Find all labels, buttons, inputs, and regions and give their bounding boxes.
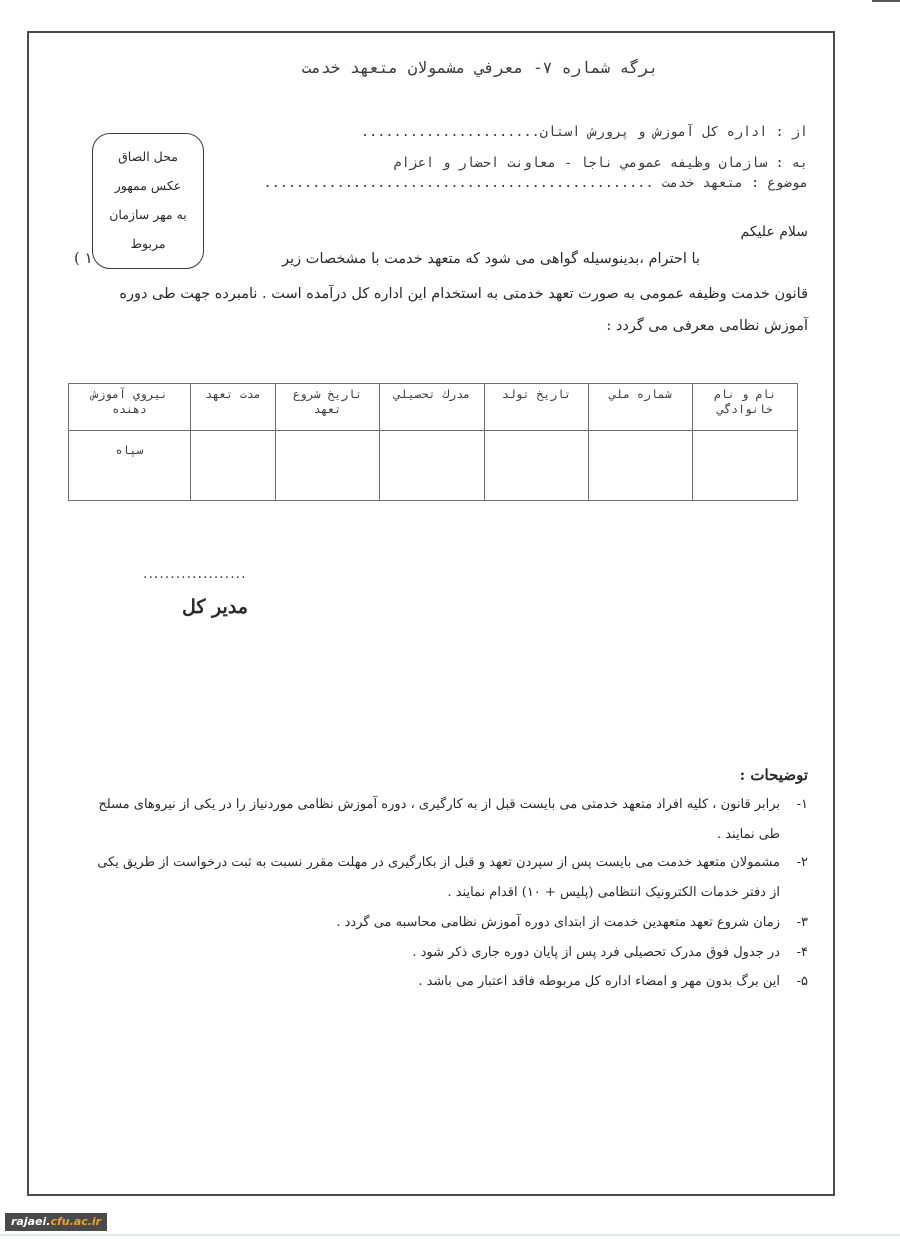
cell-training-force: سپاه xyxy=(69,431,191,501)
note-number: ۳- xyxy=(780,915,808,930)
notes-title: توضیحات : xyxy=(740,766,808,784)
table-row: سپاه xyxy=(69,431,798,501)
note-text: زمان شروع تعهد متعهدین خدمت از ابتدای دو… xyxy=(336,915,780,930)
note-text: مشمولان متعهد خدمت می بایست پس از سپردن … xyxy=(97,855,780,870)
note-continuation: از دفتر خدمات الکترونیک انتظامی (پلیس + … xyxy=(447,885,780,900)
letter-line-1: با احترام ،بدینوسیله گواهی می شود که متع… xyxy=(282,251,700,267)
note-continuation: طی نمایند . xyxy=(717,827,780,842)
note-item: ۴-در جدول فوق مدرک تحصیلی فرد پس از پایا… xyxy=(412,945,808,960)
scan-bottom-edge xyxy=(0,1234,900,1236)
photo-box-line: محل الصاق xyxy=(93,142,203,171)
note-number: ۲- xyxy=(780,855,808,870)
site-watermark: rajaei.cfu.ac.ir xyxy=(5,1213,107,1231)
note-number: ۵- xyxy=(780,974,808,989)
header-commitment-duration: مدت تعهد xyxy=(191,384,276,431)
cell-birth-date xyxy=(485,431,589,501)
cell-commitment-duration xyxy=(191,431,276,501)
photo-box-line: عکس ممهور xyxy=(93,171,203,200)
conscript-info-table: نام و نام خانوادگي شماره ملي تاريخ تولد … xyxy=(68,383,798,501)
cell-full-name xyxy=(693,431,798,501)
note-number: ۴- xyxy=(780,945,808,960)
header-training-force: نيروي آموزش دهنده xyxy=(69,384,191,431)
note-text: این برگ بدون مهر و امضاء اداره کل مربوطه… xyxy=(418,974,780,989)
header-commitment-start: تاريخ شروع تعهد xyxy=(276,384,380,431)
note-item: ۵-این برگ بدون مهر و امضاء اداره کل مربو… xyxy=(418,974,808,989)
from-line: از : اداره کل آموزش و پرورش استان.......… xyxy=(361,124,808,140)
form-title: برگه شماره ۷- معرفي مشمولان متعهد خدمت xyxy=(190,58,770,77)
photo-placeholder-box: محل الصاق عکس ممهور به مهر سازمان مربوط xyxy=(92,133,204,269)
photo-box-line: مربوط xyxy=(93,229,203,258)
greeting: سلام عليکم xyxy=(741,224,808,240)
table-header-row: نام و نام خانوادگي شماره ملي تاريخ تولد … xyxy=(69,384,798,431)
watermark-part-2: cfu.ac.ir xyxy=(50,1215,101,1228)
cell-education xyxy=(380,431,485,501)
cell-national-id xyxy=(589,431,693,501)
letter-line-2: قانون خدمت وظیفه عمومی به صورت تعهد خدمت… xyxy=(119,286,808,302)
scan-edge-mark xyxy=(872,0,900,2)
signature-title: مدیر کل xyxy=(182,596,248,618)
note-text: در جدول فوق مدرک تحصیلی فرد پس از پایان … xyxy=(412,945,780,960)
photo-box-line: به مهر سازمان xyxy=(93,200,203,229)
subject-line: موضوع : متعهد خدمت .....................… xyxy=(263,175,808,191)
header-birth-date: تاريخ تولد xyxy=(485,384,589,431)
note-item: ۱-برابر قانون ، کلیه افراد متعهد خدمتی م… xyxy=(98,797,808,812)
header-education: مدرك تحصيلي xyxy=(380,384,485,431)
to-line: به : سازمان وظيفه عمومي ناجا - معاونت اح… xyxy=(393,155,808,171)
letter-paren: ( ۱ xyxy=(74,249,93,267)
signature-dots: ................... xyxy=(143,566,247,582)
note-number: ۱- xyxy=(780,797,808,812)
note-text: برابر قانون ، کلیه افراد متعهد خدمتی می … xyxy=(98,797,780,812)
note-item: ۳-زمان شروع تعهد متعهدین خدمت از ابتدای … xyxy=(336,915,808,930)
note-item: ۲-مشمولان متعهد خدمت می بایست پس از سپرد… xyxy=(97,855,808,870)
watermark-part-1: rajaei. xyxy=(11,1215,50,1228)
cell-commitment-start xyxy=(276,431,380,501)
header-national-id: شماره ملي xyxy=(589,384,693,431)
letter-line-3: آموزش نظامی معرفی می گردد : xyxy=(606,318,808,334)
header-full-name: نام و نام خانوادگي xyxy=(693,384,798,431)
